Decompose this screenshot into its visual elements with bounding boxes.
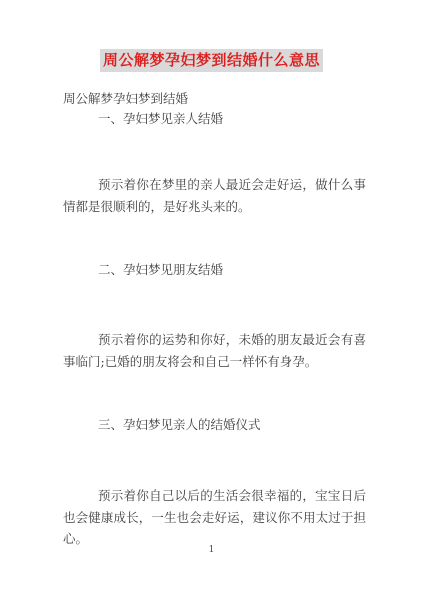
document-title: 周公解梦孕妇梦到结婚什么意思 — [100, 49, 323, 72]
intro-line: 周公解梦孕妇梦到结婚 — [63, 91, 188, 107]
section-1-heading: 一、孕妇梦见亲人结婚 — [98, 111, 223, 127]
section-2-heading: 二、孕妇梦见朋友结婚 — [98, 262, 223, 278]
section-3-body: 预示着你自己以后的生活会很幸福的，宝宝日后也会健康成长，一生也会走好运，建议你不… — [63, 485, 366, 550]
section-3-heading: 三、孕妇梦见亲人的结婚仪式 — [98, 417, 261, 433]
section-1-body: 预示着你在梦里的亲人最近会走好运，做什么事情都是很顺利的，是好兆头来的。 — [63, 174, 366, 217]
document-title-row: 周公解梦孕妇梦到结婚什么意思 — [0, 49, 423, 72]
section-2-body: 预示着你的运势和你好，未婚的朋友最近会有喜事临门;已婚的朋友将会和自己一样怀有身… — [63, 329, 366, 372]
document-page: 周公解梦孕妇梦到结婚什么意思 周公解梦孕妇梦到结婚 一、孕妇梦见亲人结婚 预示着… — [0, 0, 423, 600]
page-number: 1 — [0, 545, 423, 555]
